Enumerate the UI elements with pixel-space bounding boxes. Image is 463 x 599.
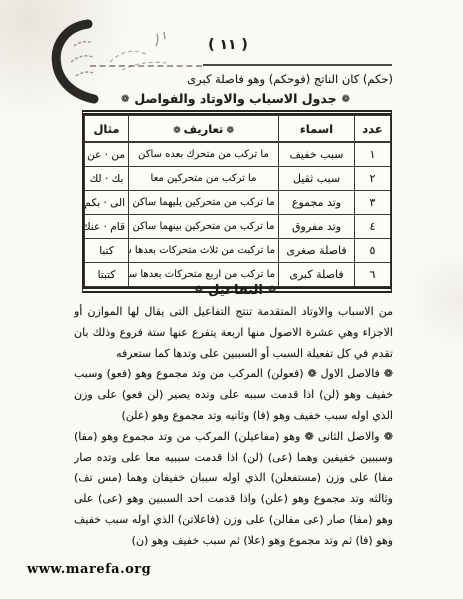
row-example: الى · بكم — [85, 191, 129, 215]
row-name: فاصلة صغرى — [279, 239, 355, 263]
table-row: ٥ فاصلة صغرى ما تركبت من ثلاث متحركات بع… — [85, 239, 391, 263]
text-line: الاجزاء وهي عشرة الاصول منها اربعة يتفرع… — [74, 323, 393, 344]
text-line: ❁ والاصل الثانى ❁ وهو (مفاعيلن) المركب م… — [74, 427, 393, 448]
section-title: ❁التفاعيل❁ — [78, 283, 393, 298]
row-definition: ما تركب من متحرك بعده ساكن — [129, 142, 279, 167]
col-header-number: عدد — [355, 116, 391, 143]
text-line: وسببين خفيفين وهما (عى) (لن) اذا قدمت سب… — [74, 448, 393, 469]
col-header-names: اسماء — [279, 116, 355, 143]
row-example: كتبا — [85, 239, 129, 263]
text-line: وثالثه وتد مجموع وهو (علن) واذا قدمت احد… — [74, 489, 393, 510]
row-definition: ما تركب من متحركين يليهما ساكن — [129, 191, 279, 215]
ornament-icon: ❁ — [223, 126, 237, 136]
text-line: مفا) على وزن (مستفعلن) الذي اوله سببان خ… — [74, 468, 393, 489]
row-definition: ما تركبت من ثلاث متحركات بعدها ساكن — [129, 239, 279, 263]
table-row: ١ سبب خفيف ما تركب من متحرك بعده ساكن من… — [85, 142, 391, 167]
watermark: www.marefa.org — [27, 562, 151, 577]
col-header-definitions: ❁تعاريف❁ — [129, 116, 279, 143]
text-line: الذي اوله سبب خفيف وهو (فا) وثانيه وتد م… — [74, 406, 393, 427]
prosody-table-frame: عدد اسماء ❁تعاريف❁ مثال ١ سبب خفيف ما تر… — [82, 110, 392, 293]
text-line: وهو (مفا) صار (عى مفالن) على وزن (فاعلات… — [74, 510, 393, 531]
section-title-text: التفاعيل — [208, 283, 263, 298]
page-number: ( ١١ ) — [190, 37, 266, 53]
solid-rule — [203, 64, 392, 66]
text-line: ❁ فالاصل الاول ❁ (فعولن) المركب من وتد م… — [74, 364, 393, 385]
ornament-icon: ❁ — [116, 94, 134, 105]
body-text: من الاسباب والاوتاد المتقدمة تنتج التفاع… — [74, 302, 393, 552]
row-definition: ما تركب من متحركين معا — [129, 167, 279, 191]
table-row: ٣ وتد مجموع ما تركب من متحركين يليهما سا… — [85, 191, 391, 215]
dashed-rule — [90, 65, 202, 67]
ornament-icon: ❁ — [190, 285, 208, 296]
row-number: ٣ — [355, 191, 391, 215]
scanned-book-page: { "page": { "number": "( ١١ )", "ornamen… — [0, 0, 463, 599]
text-line: خفيف وهو (لن) اذا قدمت سببه على وتده يصي… — [74, 385, 393, 406]
table-row: ٤ وتد مفروق ما تركب من متحركين بينهما سا… — [85, 215, 391, 239]
table-body: ١ سبب خفيف ما تركب من متحرك بعده ساكن من… — [85, 142, 391, 287]
ornament-icon: ❁ — [337, 94, 355, 105]
row-example: من · عن — [85, 142, 129, 167]
ruling-header-line: (حكم) كان الناتج (فوحكم) وهو فاصلة كبرى — [78, 72, 393, 86]
table-title-text: جدول الاسباب والاوتاد والفواصل — [134, 91, 336, 106]
text-line: وهو (فا) ثم وتد مجموع وهو (علا) ثم سبب خ… — [74, 531, 393, 552]
table-title: ❁جدول الاسباب والاوتاد والفواصل❁ — [78, 91, 393, 106]
row-name: وتد مفروق — [279, 215, 355, 239]
row-number: ٢ — [355, 167, 391, 191]
row-definition: ما تركب من متحركين بينهما ساكن — [129, 215, 279, 239]
row-number: ١ — [355, 142, 391, 167]
row-example: بك · لك — [85, 167, 129, 191]
col-header-example: مثال — [85, 116, 129, 143]
text-line: من الاسباب والاوتاد المتقدمة تنتج التفاع… — [74, 302, 393, 323]
row-name: سبب خفيف — [279, 142, 355, 167]
prosody-table: عدد اسماء ❁تعاريف❁ مثال ١ سبب خفيف ما تر… — [84, 115, 391, 287]
table-header-row: عدد اسماء ❁تعاريف❁ مثال — [85, 116, 391, 143]
row-name: سبب ثقيل — [279, 167, 355, 191]
row-example: قام · عنك — [85, 215, 129, 239]
row-number: ٤ — [355, 215, 391, 239]
ornament-icon: ❁ — [170, 126, 184, 136]
row-name: وتد مجموع — [279, 191, 355, 215]
text-line: تقدم في كل تفعيلة السبب أو السببين على و… — [74, 344, 393, 365]
ornament-icon: ❁ — [263, 285, 281, 296]
row-number: ٥ — [355, 239, 391, 263]
table-row: ٢ سبب ثقيل ما تركب من متحركين معا بك · ل… — [85, 167, 391, 191]
